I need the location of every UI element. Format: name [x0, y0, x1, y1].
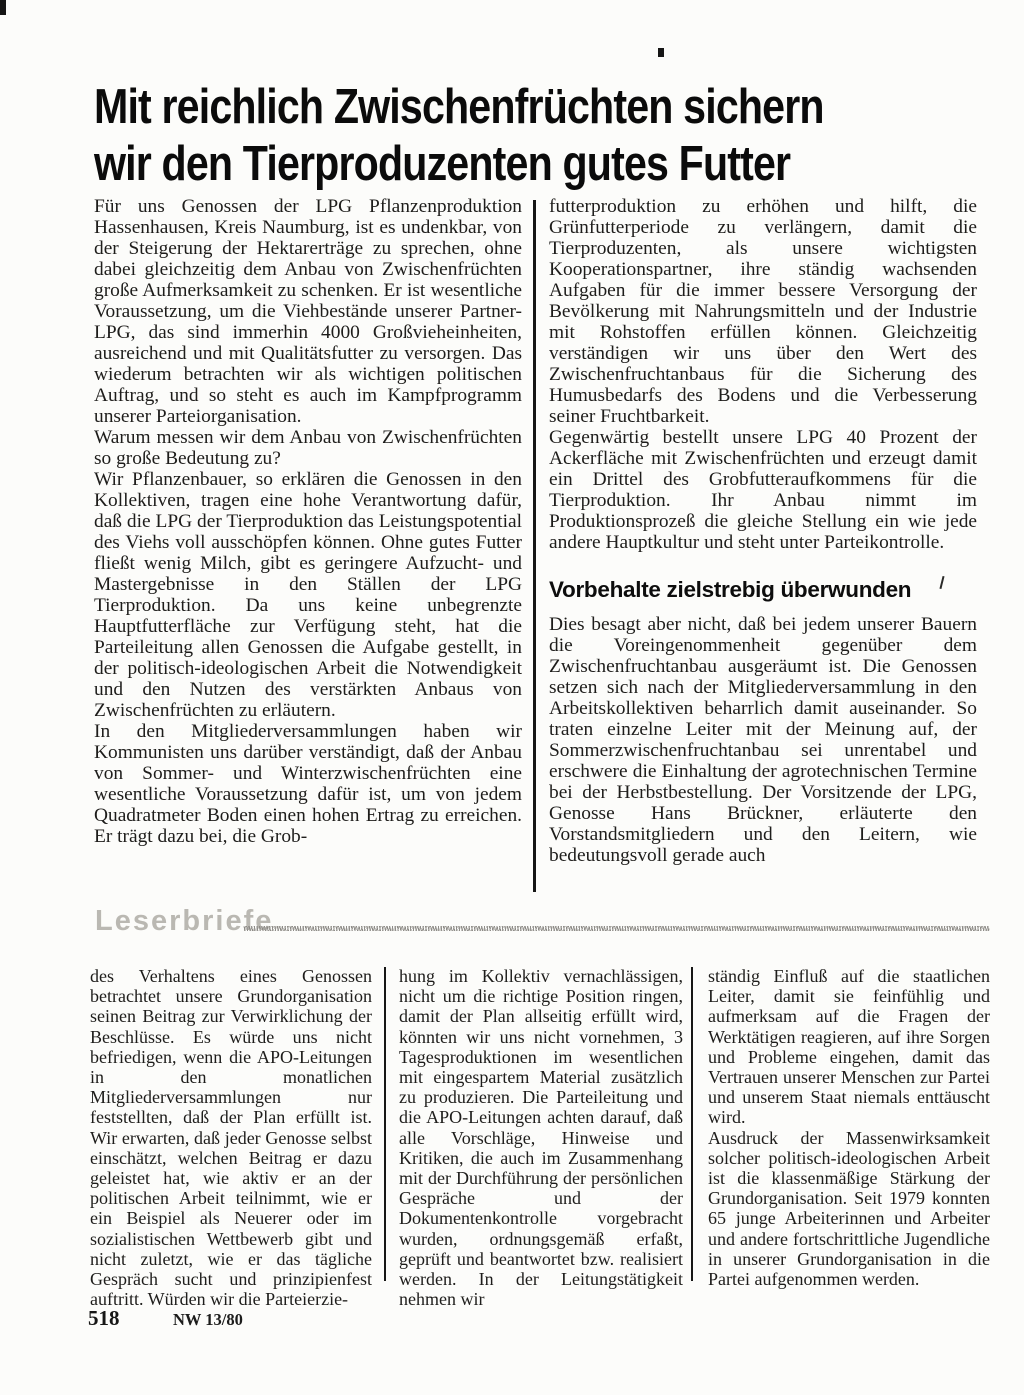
section-subheading: Vorbehalte zielstrebig überwunden — [549, 579, 977, 600]
column-divider — [533, 200, 536, 892]
column-divider — [384, 967, 386, 1281]
paragraph: Warum messen wir dem Anbau von Zwischenf… — [94, 427, 522, 469]
magazine-page: Mit reichlich Zwischenfrüchten sichern w… — [0, 0, 1024, 1395]
paragraph: Für uns Genossen der LPG Pflanzenprodukt… — [94, 196, 522, 427]
rubric-squiggle-rule — [243, 926, 990, 931]
paragraph: Wir Pflanzenbauer, so erklären die Genos… — [94, 469, 522, 721]
scan-artifact — [0, 0, 6, 15]
leserbriefe-column-2: hung im Kollektiv vernachlässigen, nicht… — [399, 966, 683, 1309]
paragraph: futterproduktion zu erhöhen und hilft, d… — [549, 196, 977, 427]
paragraph: Ausdruck der Massenwirksamkeit solcher p… — [708, 1128, 990, 1290]
paragraph: In den Mitgliederversammlungen haben wir… — [94, 721, 522, 847]
paragraph: ständig Einfluß auf die staatlichen Leit… — [708, 966, 990, 1128]
leserbriefe-rubric-heading: Leserbriefe — [95, 905, 273, 938]
footer-page-number: 518 — [88, 1306, 120, 1331]
page-title: Mit reichlich Zwischenfrüchten sichern w… — [94, 79, 824, 193]
scan-artifact — [658, 48, 664, 57]
leserbriefe-column-1: des Verhaltens eines Genossen betrachtet… — [90, 966, 372, 1309]
paragraph: hung im Kollektiv vernachlässigen, nicht… — [399, 966, 683, 1309]
article-column-left: Für uns Genossen der LPG Pflanzenprodukt… — [94, 196, 522, 847]
leserbriefe-column-3: ständig Einfluß auf die staatlichen Leit… — [708, 966, 990, 1289]
article-column-right: futterproduktion zu erhöhen und hilft, d… — [549, 196, 977, 866]
column-divider — [691, 967, 693, 1281]
footer-issue-label: NW 13/80 — [173, 1310, 243, 1330]
paragraph: Gegenwärtig bestellt unsere LPG 40 Proze… — [549, 427, 977, 553]
paragraph: des Verhaltens eines Genossen betrachtet… — [90, 966, 372, 1309]
paragraph: Dies besagt aber nicht, daß bei jedem un… — [549, 614, 977, 866]
